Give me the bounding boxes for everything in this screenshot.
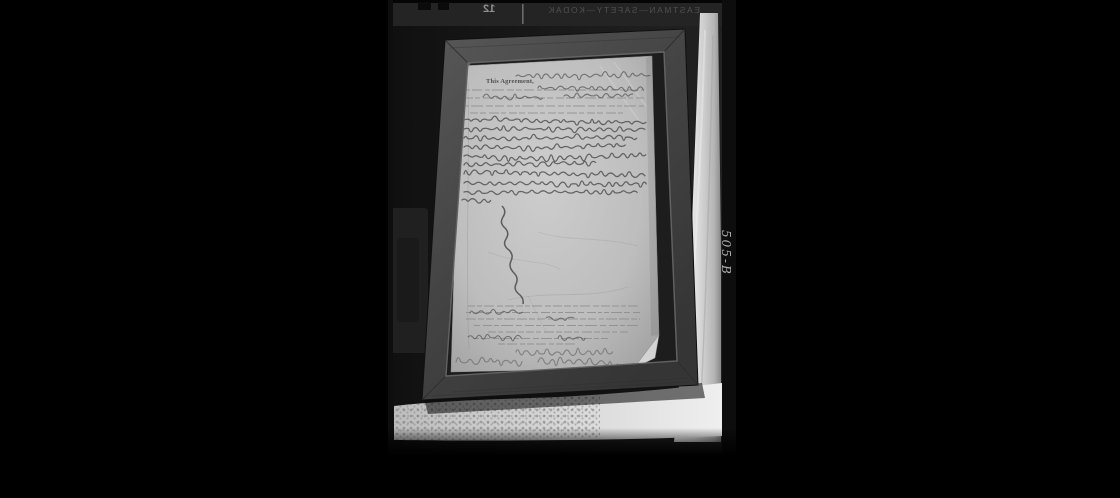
negative-annotation: 505-B xyxy=(719,230,733,276)
film-notch xyxy=(418,2,431,10)
photo-canvas: This Agreement, xyxy=(0,0,1120,498)
furniture-silhouette xyxy=(390,208,428,353)
film-bottom-edge xyxy=(388,428,736,456)
film-frame-number: 12 xyxy=(483,3,495,15)
photograph-scene: This Agreement, xyxy=(388,0,736,456)
film-left-margin xyxy=(388,0,393,456)
film-notch xyxy=(438,2,449,10)
film-edge-text: EASTMAN—SAFETY—KODAK xyxy=(554,5,700,15)
film-negative-frame: This Agreement, xyxy=(388,0,736,456)
scratch-mark xyxy=(522,4,524,24)
document-heading: This Agreement, xyxy=(486,78,534,85)
film-right-margin xyxy=(722,0,736,456)
document-paper: This Agreement, xyxy=(451,56,659,372)
